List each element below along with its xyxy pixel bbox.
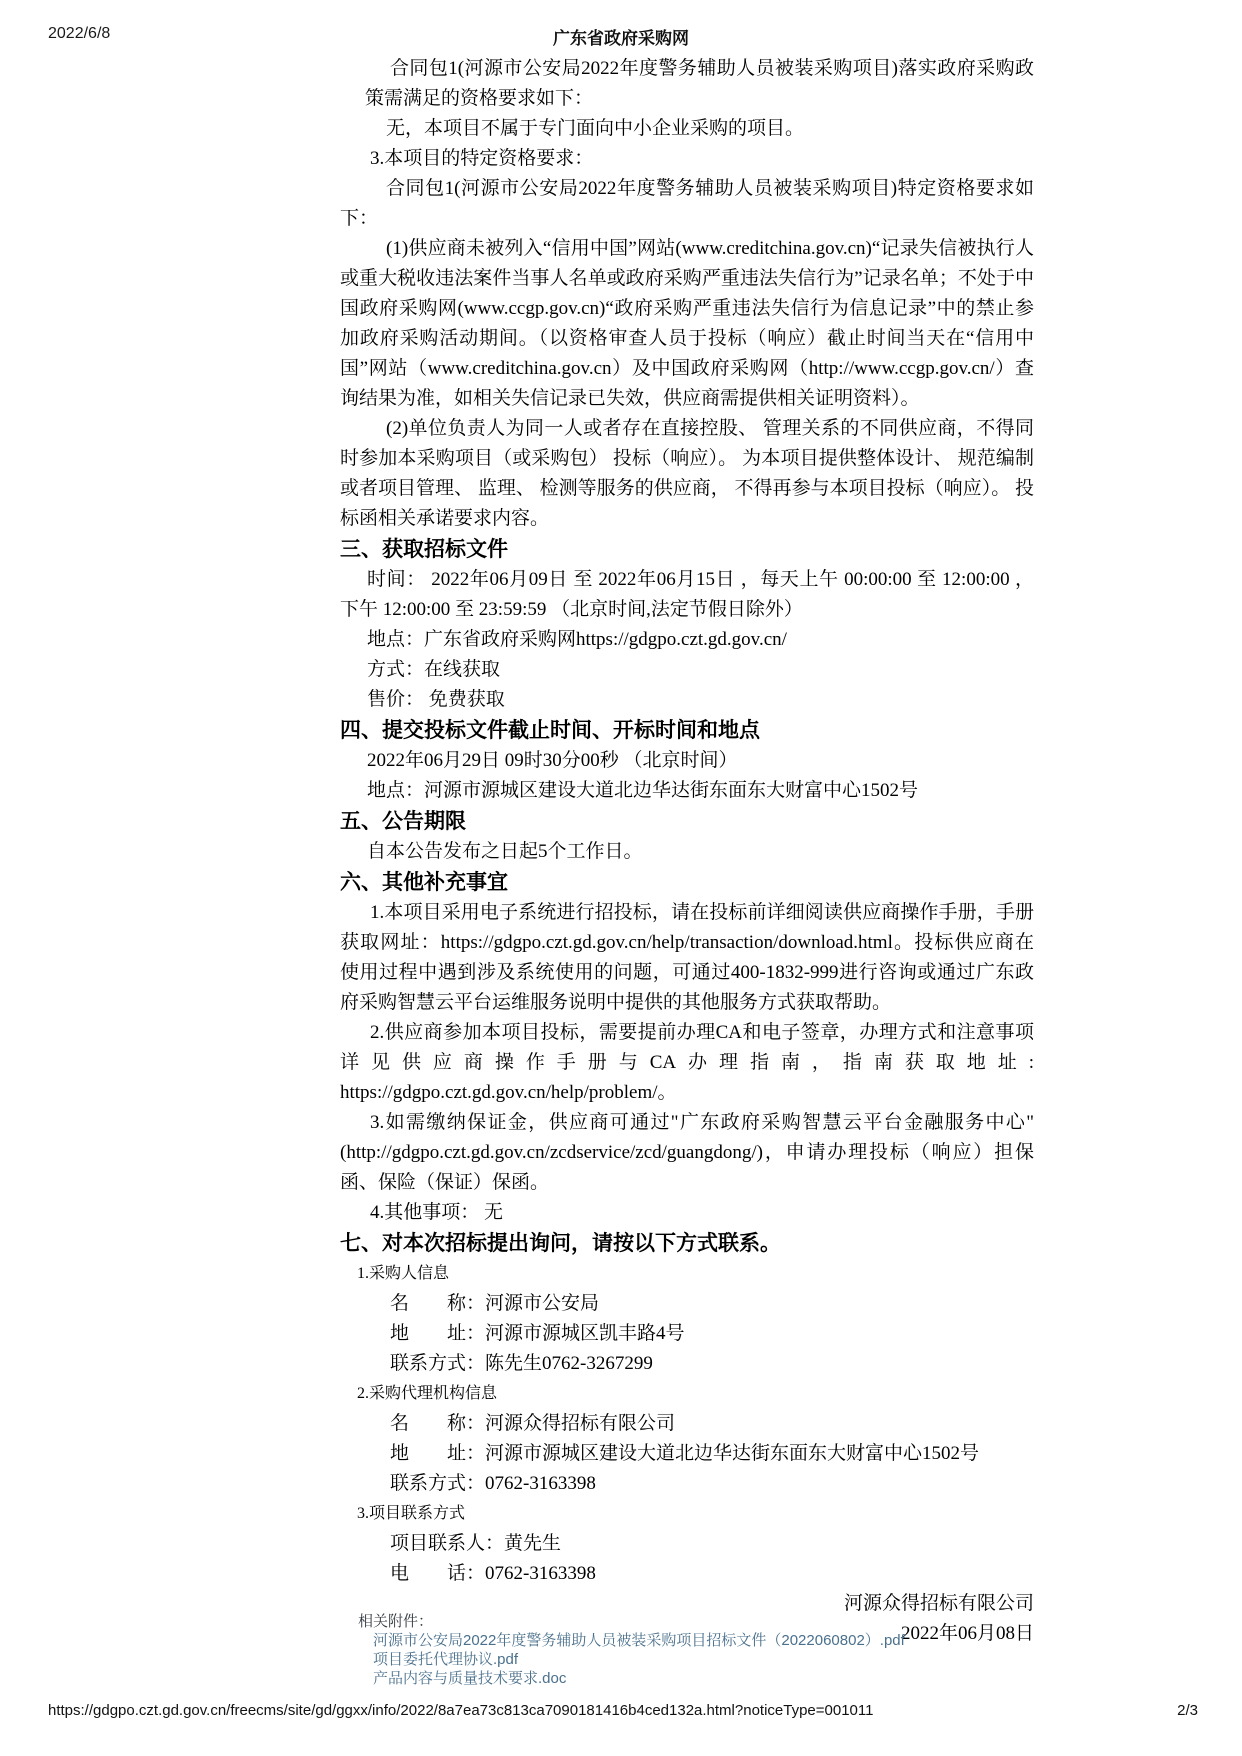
paragraph-no-sme: 无，本项目不属于专门面向中小企业采购的项目。 (340, 114, 1034, 144)
attachments-label: 相关附件： (358, 1612, 1058, 1631)
paragraph-credit-china: (1)供应商未被列入“信用中国”网站(www.creditchina.gov.c… (340, 234, 1034, 414)
section-heading-announcement-period: 五、公告期限 (340, 806, 1034, 837)
section-heading-other-matters: 六、其他补充事宜 (340, 867, 1034, 898)
source-url: https://gdgpo.czt.gd.gov.cn/freecms/site… (48, 1702, 873, 1719)
other-matters-item-1: 1.本项目采用电子系统进行招投标，请在投标前详细阅读供应商操作手册，手册获取网址… (340, 898, 1034, 1018)
purchaser-address-line: 地 址：河源市源城区凯丰路4号 (340, 1319, 1034, 1349)
purchaser-info-label: 1.采购人信息 (340, 1259, 1034, 1289)
paragraph-policy-requirements: 合同包1(河源市公安局2022年度警务辅助人员被装采购项目)落实政府采购政策需满… (340, 54, 1034, 114)
obtain-method-line: 方式：在线获取 (340, 655, 1034, 685)
deadline-place-line: 地点：河源市源城区建设大道北边华达街东面东大财富中心1502号 (340, 776, 1034, 806)
print-date: 2022/6/8 (48, 25, 110, 43)
other-matters-item-2: 2.供应商参加本项目投标，需要提前办理CA和电子签章，办理方式和注意事项详见供应… (340, 1018, 1034, 1108)
agency-info-label: 2.采购代理机构信息 (340, 1379, 1034, 1409)
document-body: 合同包1(河源市公安局2022年度警务辅助人员被装采购项目)落实政府采购政策需满… (340, 54, 1034, 1649)
other-matters-item-4: 4.其他事项： 无 (340, 1198, 1034, 1228)
print-footer: https://gdgpo.czt.gd.gov.cn/freecms/site… (48, 1702, 1198, 1719)
section-heading-contact: 七、对本次招标提出询问，请按以下方式联系。 (340, 1228, 1034, 1259)
attachment-link-bid-document-pdf[interactable]: 河源市公安局2022年度警务辅助人员被装采购项目招标文件（2022060802）… (373, 1631, 1058, 1650)
document-page: 2022/6/8 广东省政府采购网 合同包1(河源市公安局2022年度警务辅助人… (0, 0, 1242, 1756)
section-heading-obtain-bid-documents: 三、获取招标文件 (340, 534, 1034, 565)
purchaser-name-line: 名 称：河源市公安局 (340, 1289, 1034, 1319)
paragraph-same-responsible-person: (2)单位负责人为同一人或者存在直接控股、 管理关系的不同供应商，不得同时参加本… (340, 414, 1034, 534)
project-contact-person-line: 项目联系人：黄先生 (340, 1529, 1034, 1559)
other-matters-item-3: 3.如需缴纳保证金，供应商可通过"广东政府采购智慧云平台金融服务中心"(http… (340, 1108, 1034, 1198)
paragraph-specific-qualification-title: 3.本项目的特定资格要求： (340, 144, 1034, 174)
paragraph-package1-requirements: 合同包1(河源市公安局2022年度警务辅助人员被装采购项目)特定资格要求如下： (340, 174, 1034, 234)
section-heading-submission-deadline: 四、提交投标文件截止时间、开标时间和地点 (340, 715, 1034, 746)
attachment-link-agency-agreement-pdf[interactable]: 项目委托代理协议.pdf (373, 1650, 1058, 1669)
attachment-link-product-requirements-doc[interactable]: 产品内容与质量技术要求.doc (373, 1669, 1058, 1688)
print-header: 2022/6/8 广东省政府采购网 (0, 24, 1242, 48)
site-title: 广东省政府采购网 (0, 24, 1242, 49)
deadline-time-line: 2022年06月29日 09时30分00秒 （北京时间） (340, 746, 1034, 776)
obtain-place-line: 地点：广东省政府采购网https://gdgpo.czt.gd.gov.cn/ (340, 625, 1034, 655)
announcement-period-line: 自本公告发布之日起5个工作日。 (340, 837, 1034, 867)
agency-address-line: 地 址：河源市源城区建设大道北边华达街东面东大财富中心1502号 (340, 1439, 1034, 1469)
purchaser-contact-line: 联系方式：陈先生0762-3267299 (340, 1349, 1034, 1379)
project-contact-phone-line: 电 话：0762-3163398 (340, 1559, 1034, 1589)
obtain-time-line: 时间： 2022年06月09日 至 2022年06月15日 ，每天上午 00:0… (340, 565, 1034, 625)
obtain-price-line: 售价： 免费获取 (340, 685, 1034, 715)
related-attachments: 相关附件： 河源市公安局2022年度警务辅助人员被装采购项目招标文件（20220… (358, 1612, 1058, 1688)
page-number: 2/3 (1177, 1702, 1198, 1719)
agency-name-line: 名 称：河源众得招标有限公司 (340, 1409, 1034, 1439)
project-contact-label: 3.项目联系方式 (340, 1499, 1034, 1529)
agency-contact-line: 联系方式：0762-3163398 (340, 1469, 1034, 1499)
